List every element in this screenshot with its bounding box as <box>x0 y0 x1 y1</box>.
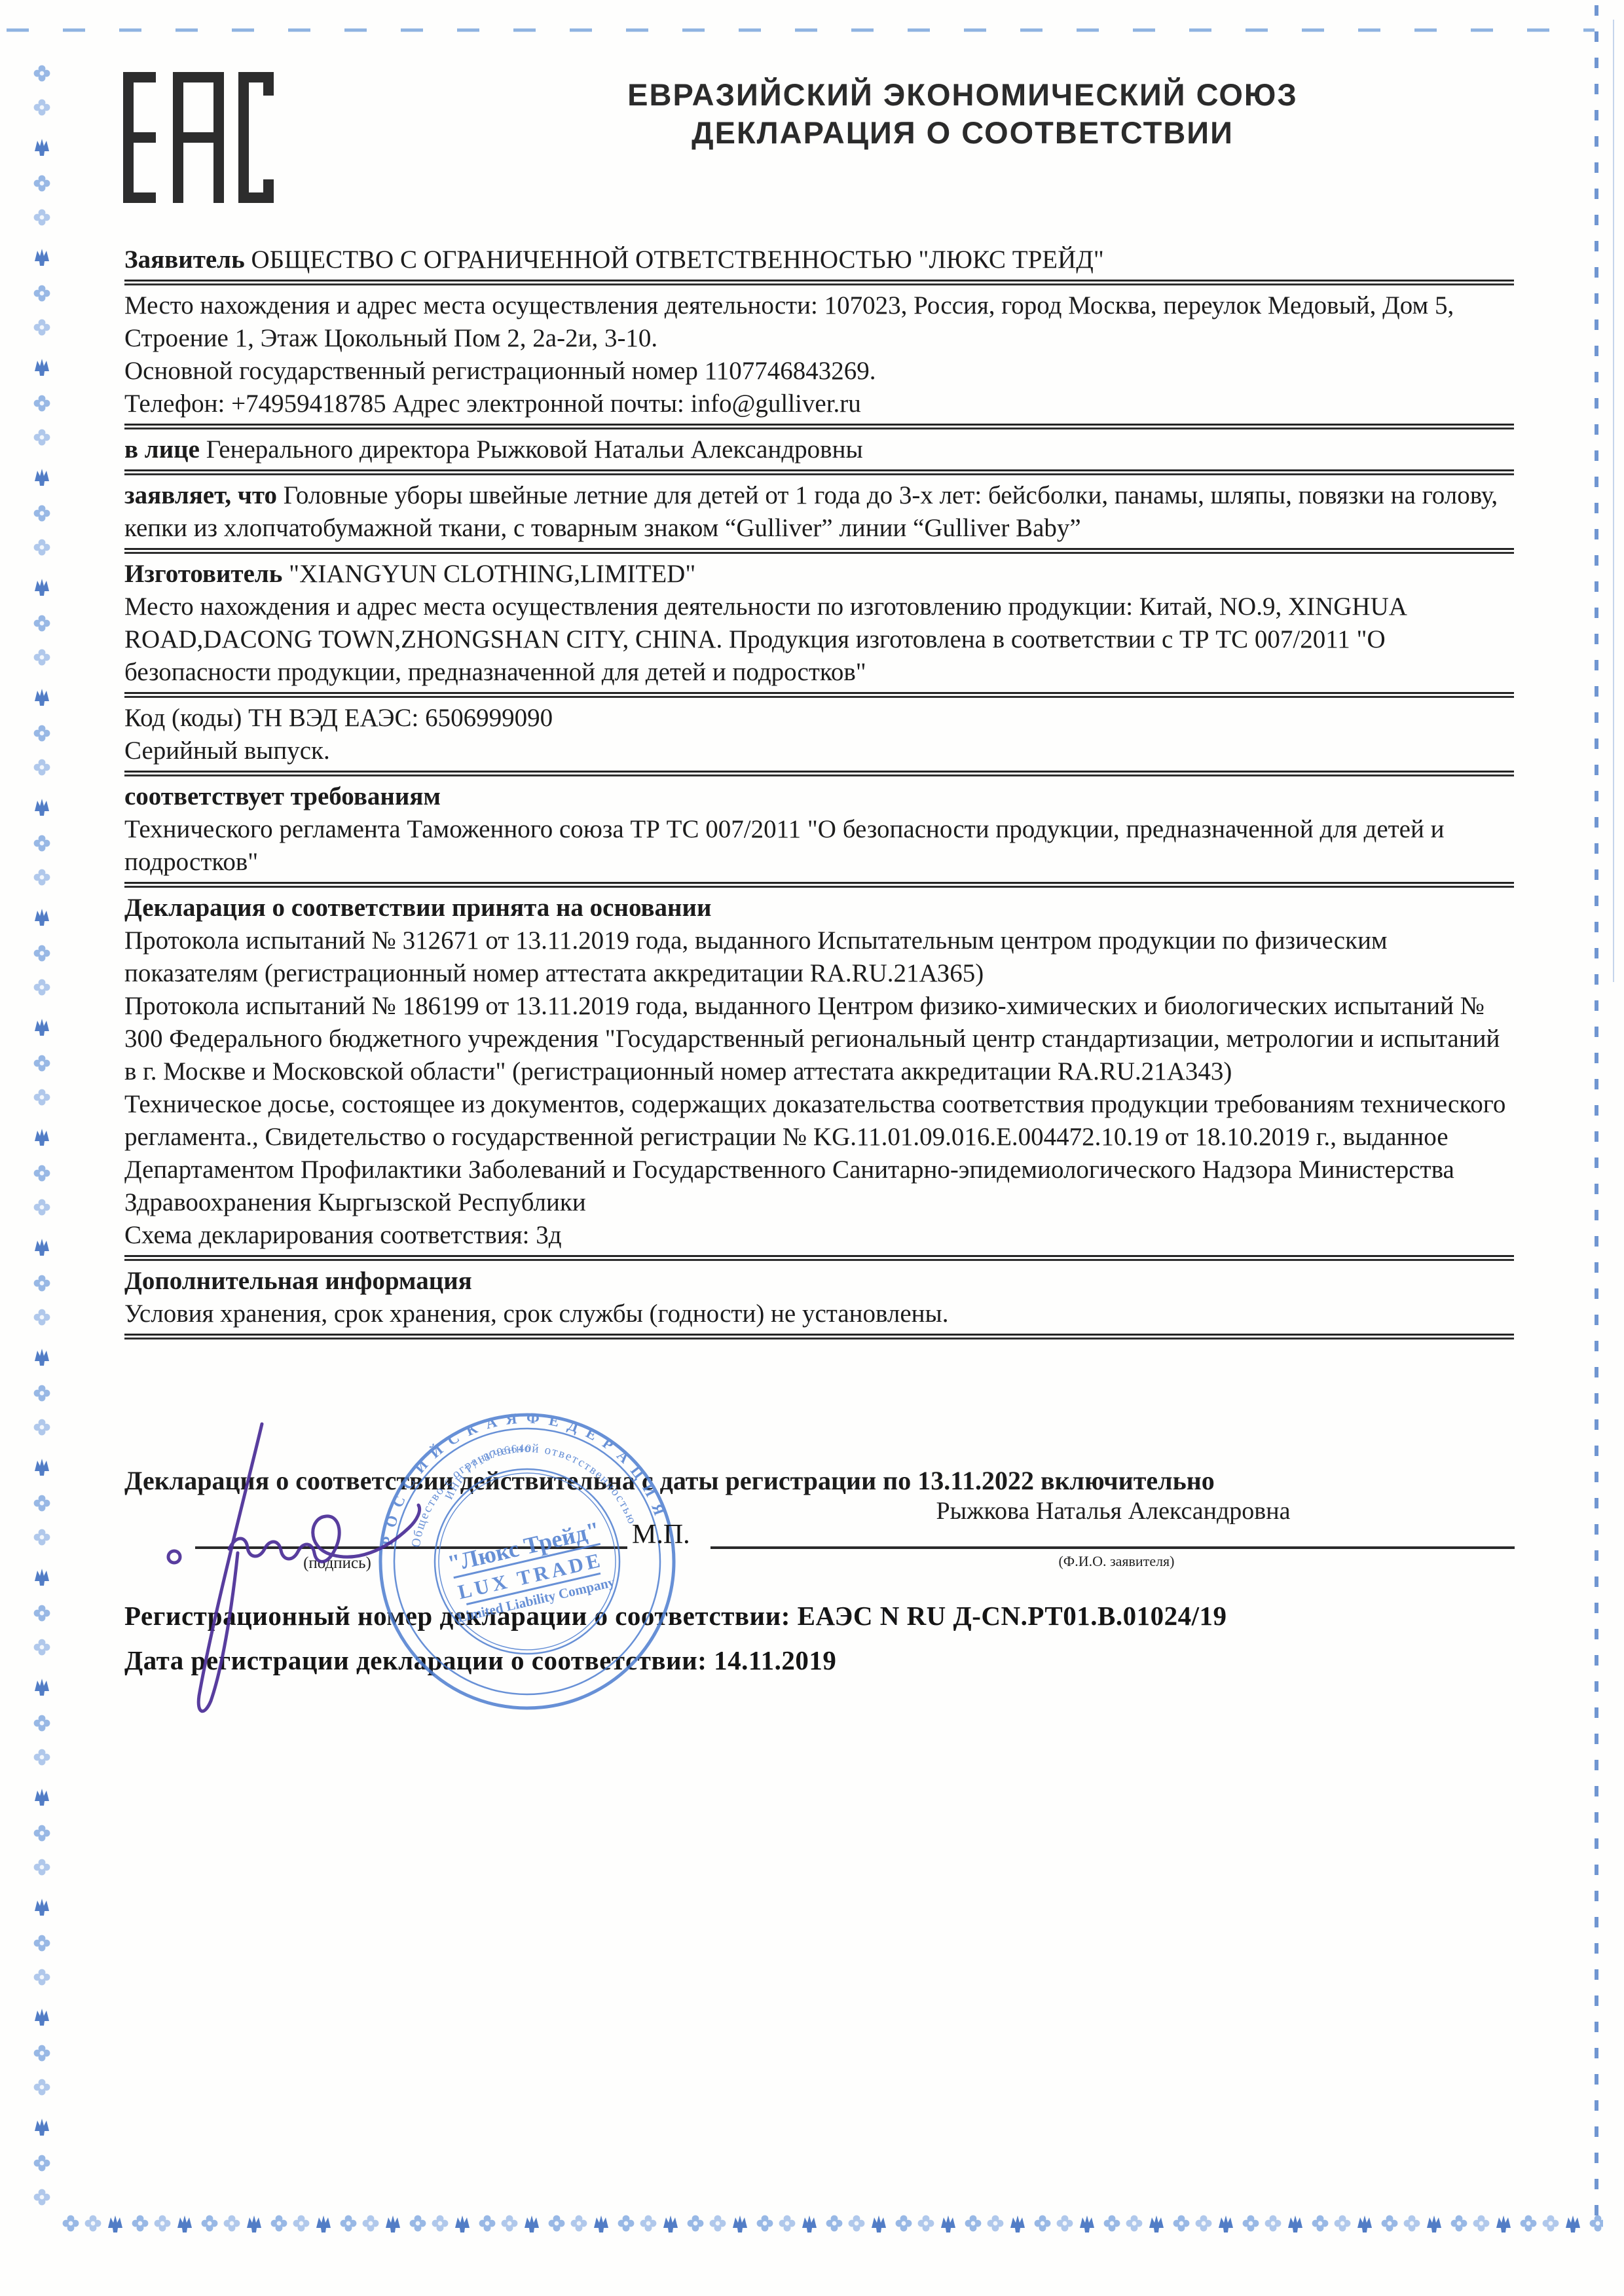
row-label: заявляет, что <box>124 481 277 509</box>
row-label: в лице <box>124 435 200 464</box>
applicant-name: Рыжкова Наталья Александровна <box>710 1497 1516 1525</box>
section-divider <box>124 1255 1514 1261</box>
document-row: Схема декларирования соответствия: 3д <box>124 1219 1514 1252</box>
section-divider <box>124 692 1514 698</box>
document-row: Код (коды) ТН ВЭД ЕАЭС: 6506999090 <box>124 702 1514 735</box>
document-title: ЕВРАЗИЙСКИЙ ЭКОНОМИЧЕСКИЙ СОЮЗ ДЕКЛАРАЦИ… <box>419 76 1506 152</box>
document-row: Изготовитель "XIANGYUN CLOTHING,LIMITED" <box>124 558 1514 591</box>
document-row: Серийный выпуск. <box>124 735 1514 767</box>
document-row: Место нахождения и адрес места осуществл… <box>124 289 1514 355</box>
section-divider <box>124 771 1514 776</box>
stamp-place-note: М.П. <box>632 1519 690 1550</box>
document-row: Место нахождения и адрес места осуществл… <box>124 591 1514 689</box>
section-divider <box>124 424 1514 429</box>
left-border-ornament <box>30 59 56 2213</box>
top-border-ornament <box>0 24 1598 37</box>
document-row: Телефон: +74959418785 Адрес электронной … <box>124 388 1514 420</box>
document-row: соответствует требованиям <box>124 780 1514 813</box>
eac-logo <box>123 72 274 203</box>
section-divider <box>124 548 1514 554</box>
document-row: Дополнительная информация <box>124 1265 1514 1298</box>
section-divider <box>124 280 1514 285</box>
document-row: Декларация о соответствии принята на осн… <box>124 892 1514 924</box>
row-label: Заявитель <box>124 246 245 274</box>
document-row: Протокола испытаний № 186199 от 13.11.20… <box>124 990 1514 1088</box>
applicant-name-line <box>710 1546 1515 1549</box>
right-border-ornament <box>1587 0 1620 2239</box>
title-line-union: ЕВРАЗИЙСКИЙ ЭКОНОМИЧЕСКИЙ СОЮЗ <box>419 76 1506 114</box>
document-row: Условия хранения, срок хранения, срок сл… <box>124 1298 1514 1330</box>
row-label: Изготовитель <box>124 560 282 588</box>
document-row: Технического регламента Таможенного союз… <box>124 813 1514 879</box>
title-line-declaration: ДЕКЛАРАЦИЯ О СООТВЕТСТВИИ <box>419 114 1506 152</box>
handwritten-signature <box>151 1401 557 1741</box>
declaration-document-page: ЕВРАЗИЙСКИЙ ЭКОНОМИЧЕСКИЙ СОЮЗ ДЕКЛАРАЦИ… <box>0 0 1624 2296</box>
document-body: Заявитель ОБЩЕСТВО С ОГРАНИЧЕННОЙ ОТВЕТС… <box>124 244 1514 1343</box>
bottom-border-ornament <box>58 2210 1603 2236</box>
section-divider <box>124 882 1514 888</box>
document-row: в лице Генерального директора Рыжковой Н… <box>124 433 1514 466</box>
section-divider <box>124 1334 1514 1339</box>
applicant-caption: (Ф.И.О. заявителя) <box>1008 1553 1225 1570</box>
document-row: заявляет, что Головные уборы швейные лет… <box>124 479 1514 545</box>
document-row: Заявитель ОБЩЕСТВО С ОГРАНИЧЕННОЙ ОТВЕТС… <box>124 244 1514 276</box>
document-row: Техническое досье, состоящее из документ… <box>124 1088 1514 1219</box>
document-row: Основной государственный регистрационный… <box>124 355 1514 388</box>
document-row: Протокола испытаний № 312671 от 13.11.20… <box>124 924 1514 990</box>
section-divider <box>124 469 1514 475</box>
